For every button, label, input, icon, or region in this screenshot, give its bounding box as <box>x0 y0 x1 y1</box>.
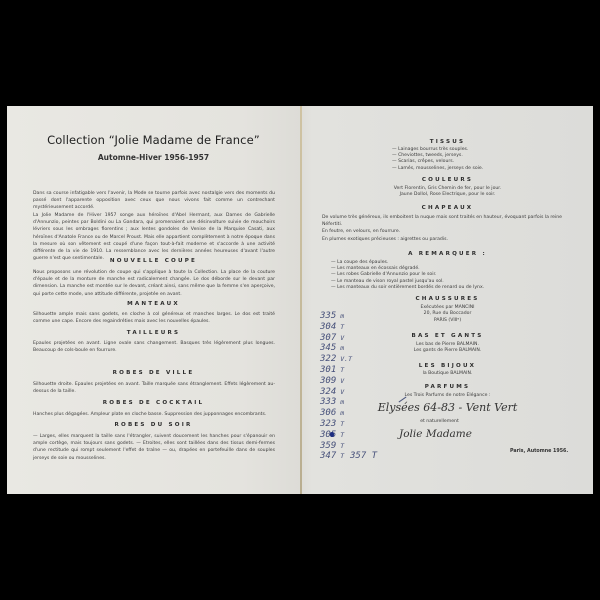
handwritten-entry: 309V <box>320 376 352 387</box>
handwritten-entry: 335m <box>320 311 352 322</box>
text-robes-du-soir: — Larges, elles marquent la taille sans … <box>33 433 275 462</box>
handwritten-mark: V <box>340 334 344 342</box>
heading-chaussures: CHAUSSURES <box>302 296 593 302</box>
handwritten-number: 301 <box>320 365 336 375</box>
handwritten-entry: 304T <box>320 322 352 333</box>
list-item: Les manteaux du soir entièrement bordés … <box>331 285 581 291</box>
handwritten-number: 323 <box>320 419 336 429</box>
handwritten-number: 347 <box>320 451 336 461</box>
handwritten-number: 324 <box>320 387 336 397</box>
handwritten-mark: T <box>340 452 344 460</box>
chapeaux-line: En plumes exotiques précieuses : aigrett… <box>322 236 577 243</box>
handwritten-number: 345 <box>320 343 336 353</box>
handwritten-mark: V <box>340 377 344 385</box>
text-nouvelle-coupe: Nous proposons une révolution de coupe q… <box>33 269 275 298</box>
handwritten-mark: T <box>340 323 344 331</box>
handwritten-entry: 347T <box>320 451 352 462</box>
collection-title: Collection “Jolie Madame de France” <box>7 133 300 147</box>
handwritten-mark: V.T <box>340 355 352 363</box>
chapeaux-text: De volume très généreux, ils emboitent l… <box>322 214 577 243</box>
intro-paragraph-1: Dans sa course infatigable vers l'avenir… <box>33 190 275 212</box>
heading-robes-de-cocktail: ROBES DE COCKTAIL <box>7 400 300 406</box>
handwritten-mark: m <box>340 398 344 406</box>
handwritten-number: 335 <box>320 311 336 321</box>
handwritten-entry: 333m <box>320 397 352 408</box>
handwritten-entry: 306m <box>320 408 352 419</box>
handwritten-entry: 359T <box>320 441 352 452</box>
heading-tailleurs: TAILLEURS <box>7 330 300 336</box>
heading-nouvelle-coupe: NOUVELLE COUPE <box>7 258 300 264</box>
ink-blot <box>330 432 334 437</box>
intro-paragraph-2: La Jolie Madame de l'Hiver 1957 songe au… <box>33 212 275 262</box>
handwritten-entry: 324V <box>320 387 352 398</box>
a-remarquer-list: La coupe des épaules. Les manteaux en éc… <box>331 260 581 291</box>
handwritten-mark: T <box>340 366 344 374</box>
signature-date: Paris, Automne 1956. <box>510 449 568 454</box>
chapeaux-line: En feutre, en velours, en fourrure. <box>322 228 577 235</box>
heading-manteaux: MANTEAUX <box>7 301 300 307</box>
handwritten-entry: 305T <box>320 430 352 441</box>
heading-robes-de-ville: ROBES DE VILLE <box>7 370 300 376</box>
heading-couleurs: COULEURS <box>302 177 593 183</box>
handwritten-mark: T <box>340 431 344 439</box>
heading-chapeaux: CHAPEAUX <box>302 205 593 211</box>
handwritten-entry: 323T <box>320 419 352 430</box>
left-page: Collection “Jolie Madame de France” Auto… <box>7 106 300 494</box>
handwritten-mark: V <box>340 388 344 396</box>
couleurs-lines: Vert Florentin, Gris Chemin de fer, pour… <box>302 186 593 199</box>
couleurs-line: Jaune Dollol, Rose Electrique, pour le s… <box>302 192 593 198</box>
handwritten-extra-note: 357 T <box>350 451 377 461</box>
text-robes-de-cocktail: Hanches plus dégagées. Ampleur plate en … <box>33 411 275 418</box>
handwritten-entry: 301T <box>320 365 352 376</box>
heading-tissus: TISSUS <box>302 139 593 145</box>
handwritten-entry: 345m <box>320 343 352 354</box>
handwritten-mark: T <box>340 442 344 450</box>
heading-a-remarquer: A REMARQUER : <box>302 251 593 257</box>
chapeaux-line: De volume très généreux, ils emboitent l… <box>322 214 577 228</box>
text-manteaux: Silhouette ample mais sans godets, en cl… <box>33 311 275 325</box>
right-page: TISSUS Lainages bourrus très souples. Ch… <box>302 106 593 494</box>
list-item: Lamés, mousselines, jerseys de soie. <box>392 166 552 172</box>
text-robes-de-ville: Silhouette droite. Epaules projetées en … <box>33 381 275 395</box>
handwritten-mark: m <box>340 344 344 352</box>
season-subtitle: Automne-Hiver 1956-1957 <box>7 153 300 162</box>
handwritten-mark: T <box>340 420 344 428</box>
handwritten-number: 333 <box>320 397 336 407</box>
tissus-list: Lainages bourrus très souples. Cheviotte… <box>392 147 552 172</box>
handwritten-number: 306 <box>320 408 336 418</box>
text-tailleurs: Epaules projetées en avant. Ligne ovale … <box>33 340 275 354</box>
handwritten-number: 322 <box>320 354 336 364</box>
handwritten-mark: m <box>340 409 344 417</box>
brochure-sheet: Collection “Jolie Madame de France” Auto… <box>7 106 593 494</box>
handwritten-entry: 307V <box>320 333 352 344</box>
heading-robes-du-soir: ROBES DU SOIR <box>7 422 300 428</box>
handwritten-number: 307 <box>320 333 336 343</box>
handwritten-mark: m <box>340 312 344 320</box>
handwritten-number: 359 <box>320 441 336 451</box>
handwritten-number: 304 <box>320 322 336 332</box>
handwritten-number: 309 <box>320 376 336 386</box>
handwritten-entry: 322V.T <box>320 354 352 365</box>
handwritten-notes: 335m304T307V345m322V.T301T309V324V333m30… <box>320 311 352 462</box>
